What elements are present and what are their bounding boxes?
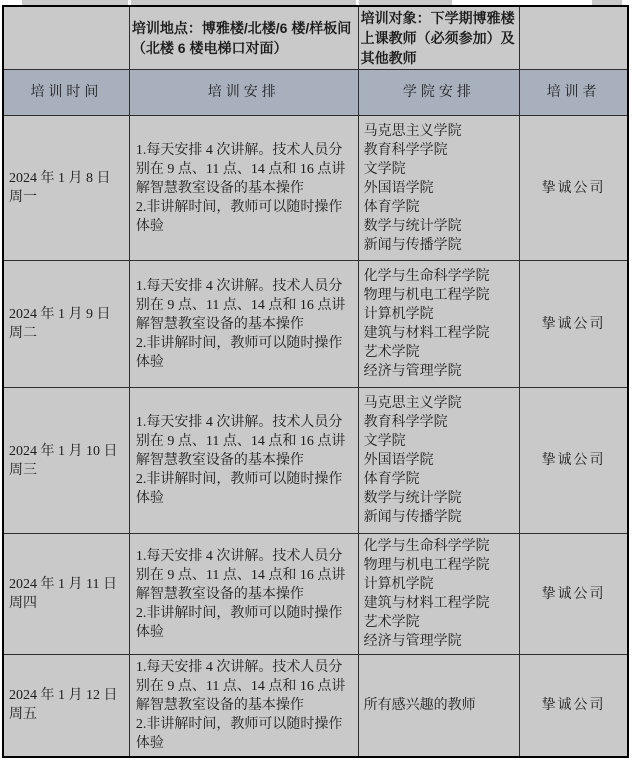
colleges-cell: 化学与生命科学学院物理与机电工程学院计算机学院建筑与材料工程学院艺术学院经济与管…	[358, 534, 520, 655]
training-location-cell: 培训地点：博雅楼/北楼/6 楼/样板间（北楼 6 楼电梯口对面）	[129, 6, 358, 70]
college-line: 物理与机电工程学院	[364, 556, 517, 575]
trainer-cell: 挚诚公司	[520, 655, 628, 757]
arrangement-line: 2.非讲解时间，教师可以随时操作体验	[136, 334, 355, 372]
table-row: 2024 年 1 月 10 日 周三 1.每天安排 4 次讲解。技术人员分别在 …	[3, 388, 628, 534]
date-text: 2024 年 1 月 8 日	[9, 169, 126, 188]
table-row: 2024 年 1 月 8 日 周一 1.每天安排 4 次讲解。技术人员分别在 9…	[3, 116, 628, 261]
arrangement-cell: 1.每天安排 4 次讲解。技术人员分别在 9 点、11 点、14 点和 16 点…	[129, 116, 358, 261]
college-line: 数学与统计学院	[364, 489, 517, 508]
college-line: 艺术学院	[364, 343, 517, 362]
arrangement-line: 1.每天安排 4 次讲解。技术人员分别在 9 点、11 点、14 点和 16 点…	[136, 658, 355, 715]
college-line: 物理与机电工程学院	[364, 286, 517, 305]
college-line: 经济与管理学院	[364, 632, 517, 651]
table-row: 2024 年 1 月 11 日 周四 1.每天安排 4 次讲解。技术人员分别在 …	[3, 534, 628, 655]
college-line: 建筑与材料工程学院	[364, 594, 517, 613]
college-line: 所有感兴趣的教师	[364, 696, 517, 715]
table-row: 2024 年 1 月 9 日 周二 1.每天安排 4 次讲解。技术人员分别在 9…	[3, 261, 628, 388]
college-line: 数学与统计学院	[364, 217, 517, 236]
col-header-training-arrangement: 培训安排	[129, 70, 358, 116]
college-line: 教育科学学院	[364, 413, 517, 432]
weekday-text: 周一	[9, 188, 126, 207]
document-page: 培训地点：博雅楼/北楼/6 楼/样板间（北楼 6 楼电梯口对面） 培训对象：下学…	[0, 0, 632, 764]
training-audience-text: 培训对象：下学期博雅楼上课教师（必须参加）及其他教师	[361, 10, 515, 66]
trainer-cell: 挚诚公司	[520, 261, 628, 388]
college-line: 建筑与材料工程学院	[364, 324, 517, 343]
training-location-text: 培训地点：博雅楼/北楼/6 楼/样板间（北楼 6 楼电梯口对面）	[132, 20, 351, 56]
arrangement-line: 1.每天安排 4 次讲解。技术人员分别在 9 点、11 点、14 点和 16 点…	[136, 413, 355, 470]
training-schedule-table: 培训地点：博雅楼/北楼/6 楼/样板间（北楼 6 楼电梯口对面） 培训对象：下学…	[2, 5, 629, 758]
date-cell: 2024 年 1 月 10 日 周三	[3, 388, 129, 534]
arrangement-line: 2.非讲解时间，教师可以随时操作体验	[136, 715, 355, 753]
arrangement-cell: 1.每天安排 4 次讲解。技术人员分别在 9 点、11 点、14 点和 16 点…	[129, 534, 358, 655]
college-line: 文学院	[364, 432, 517, 451]
date-cell: 2024 年 1 月 12 日 周五	[3, 655, 129, 757]
college-line: 体育学院	[364, 470, 517, 489]
arrangement-line: 1.每天安排 4 次讲解。技术人员分别在 9 点、11 点、14 点和 16 点…	[136, 277, 355, 334]
college-line: 文学院	[364, 160, 517, 179]
colleges-cell: 马克思主义学院教育科学学院文学院外国语学院体育学院数学与统计学院新闻与传播学院	[358, 388, 520, 534]
college-line: 艺术学院	[364, 613, 517, 632]
college-line: 化学与生命科学学院	[364, 267, 517, 286]
date-text: 2024 年 1 月 11 日	[9, 575, 126, 594]
weekday-text: 周三	[9, 461, 126, 480]
info-row: 培训地点：博雅楼/北楼/6 楼/样板间（北楼 6 楼电梯口对面） 培训对象：下学…	[3, 6, 628, 70]
date-cell: 2024 年 1 月 11 日 周四	[3, 534, 129, 655]
date-cell: 2024 年 1 月 9 日 周二	[3, 261, 129, 388]
col-header-trainer: 培训者	[520, 70, 628, 116]
date-text: 2024 年 1 月 12 日	[9, 686, 126, 705]
date-text: 2024 年 1 月 10 日	[9, 442, 126, 461]
colleges-cell: 所有感兴趣的教师	[358, 655, 520, 757]
colleges-cell: 马克思主义学院教育科学学院文学院外国语学院体育学院数学与统计学院新闻与传播学院	[358, 116, 520, 261]
date-text: 2024 年 1 月 9 日	[9, 305, 126, 324]
arrangement-line: 2.非讲解时间，教师可以随时操作体验	[136, 470, 355, 508]
column-header-row: 培训时间 培训安排 学院安排 培训者	[3, 70, 628, 116]
training-audience-cell: 培训对象：下学期博雅楼上课教师（必须参加）及其他教师	[358, 6, 520, 70]
col-header-training-time: 培训时间	[3, 70, 129, 116]
college-line: 外国语学院	[364, 179, 517, 198]
trainer-cell: 挚诚公司	[520, 388, 628, 534]
arrangement-line: 1.每天安排 4 次讲解。技术人员分别在 9 点、11 点、14 点和 16 点…	[136, 141, 355, 198]
colleges-cell: 化学与生命科学学院物理与机电工程学院计算机学院建筑与材料工程学院艺术学院经济与管…	[358, 261, 520, 388]
weekday-text: 周五	[9, 705, 126, 724]
arrangement-line: 2.非讲解时间，教师可以随时操作体验	[136, 198, 355, 236]
college-line: 新闻与传播学院	[364, 236, 517, 255]
college-line: 计算机学院	[364, 305, 517, 324]
college-line: 教育科学学院	[364, 141, 517, 160]
col-header-college-arrangement: 学院安排	[358, 70, 520, 116]
college-line: 新闻与传播学院	[364, 508, 517, 527]
info-empty-cell-right	[520, 6, 628, 70]
trainer-cell: 挚诚公司	[520, 534, 628, 655]
table-row: 2024 年 1 月 12 日 周五 1.每天安排 4 次讲解。技术人员分别在 …	[3, 655, 628, 757]
arrangement-line: 1.每天安排 4 次讲解。技术人员分别在 9 点、11 点、14 点和 16 点…	[136, 547, 355, 604]
trainer-cell: 挚诚公司	[520, 116, 628, 261]
date-cell: 2024 年 1 月 8 日 周一	[3, 116, 129, 261]
arrangement-line: 2.非讲解时间，教师可以随时操作体验	[136, 604, 355, 642]
college-line: 马克思主义学院	[364, 122, 517, 141]
weekday-text: 周二	[9, 324, 126, 343]
college-line: 经济与管理学院	[364, 362, 517, 381]
arrangement-cell: 1.每天安排 4 次讲解。技术人员分别在 9 点、11 点、14 点和 16 点…	[129, 388, 358, 534]
college-line: 外国语学院	[364, 451, 517, 470]
arrangement-cell: 1.每天安排 4 次讲解。技术人员分别在 9 点、11 点、14 点和 16 点…	[129, 261, 358, 388]
college-line: 体育学院	[364, 198, 517, 217]
info-empty-cell-left	[3, 6, 129, 70]
college-line: 计算机学院	[364, 575, 517, 594]
arrangement-cell: 1.每天安排 4 次讲解。技术人员分别在 9 点、11 点、14 点和 16 点…	[129, 655, 358, 757]
weekday-text: 周四	[9, 594, 126, 613]
college-line: 马克思主义学院	[364, 394, 517, 413]
college-line: 化学与生命科学学院	[364, 537, 517, 556]
